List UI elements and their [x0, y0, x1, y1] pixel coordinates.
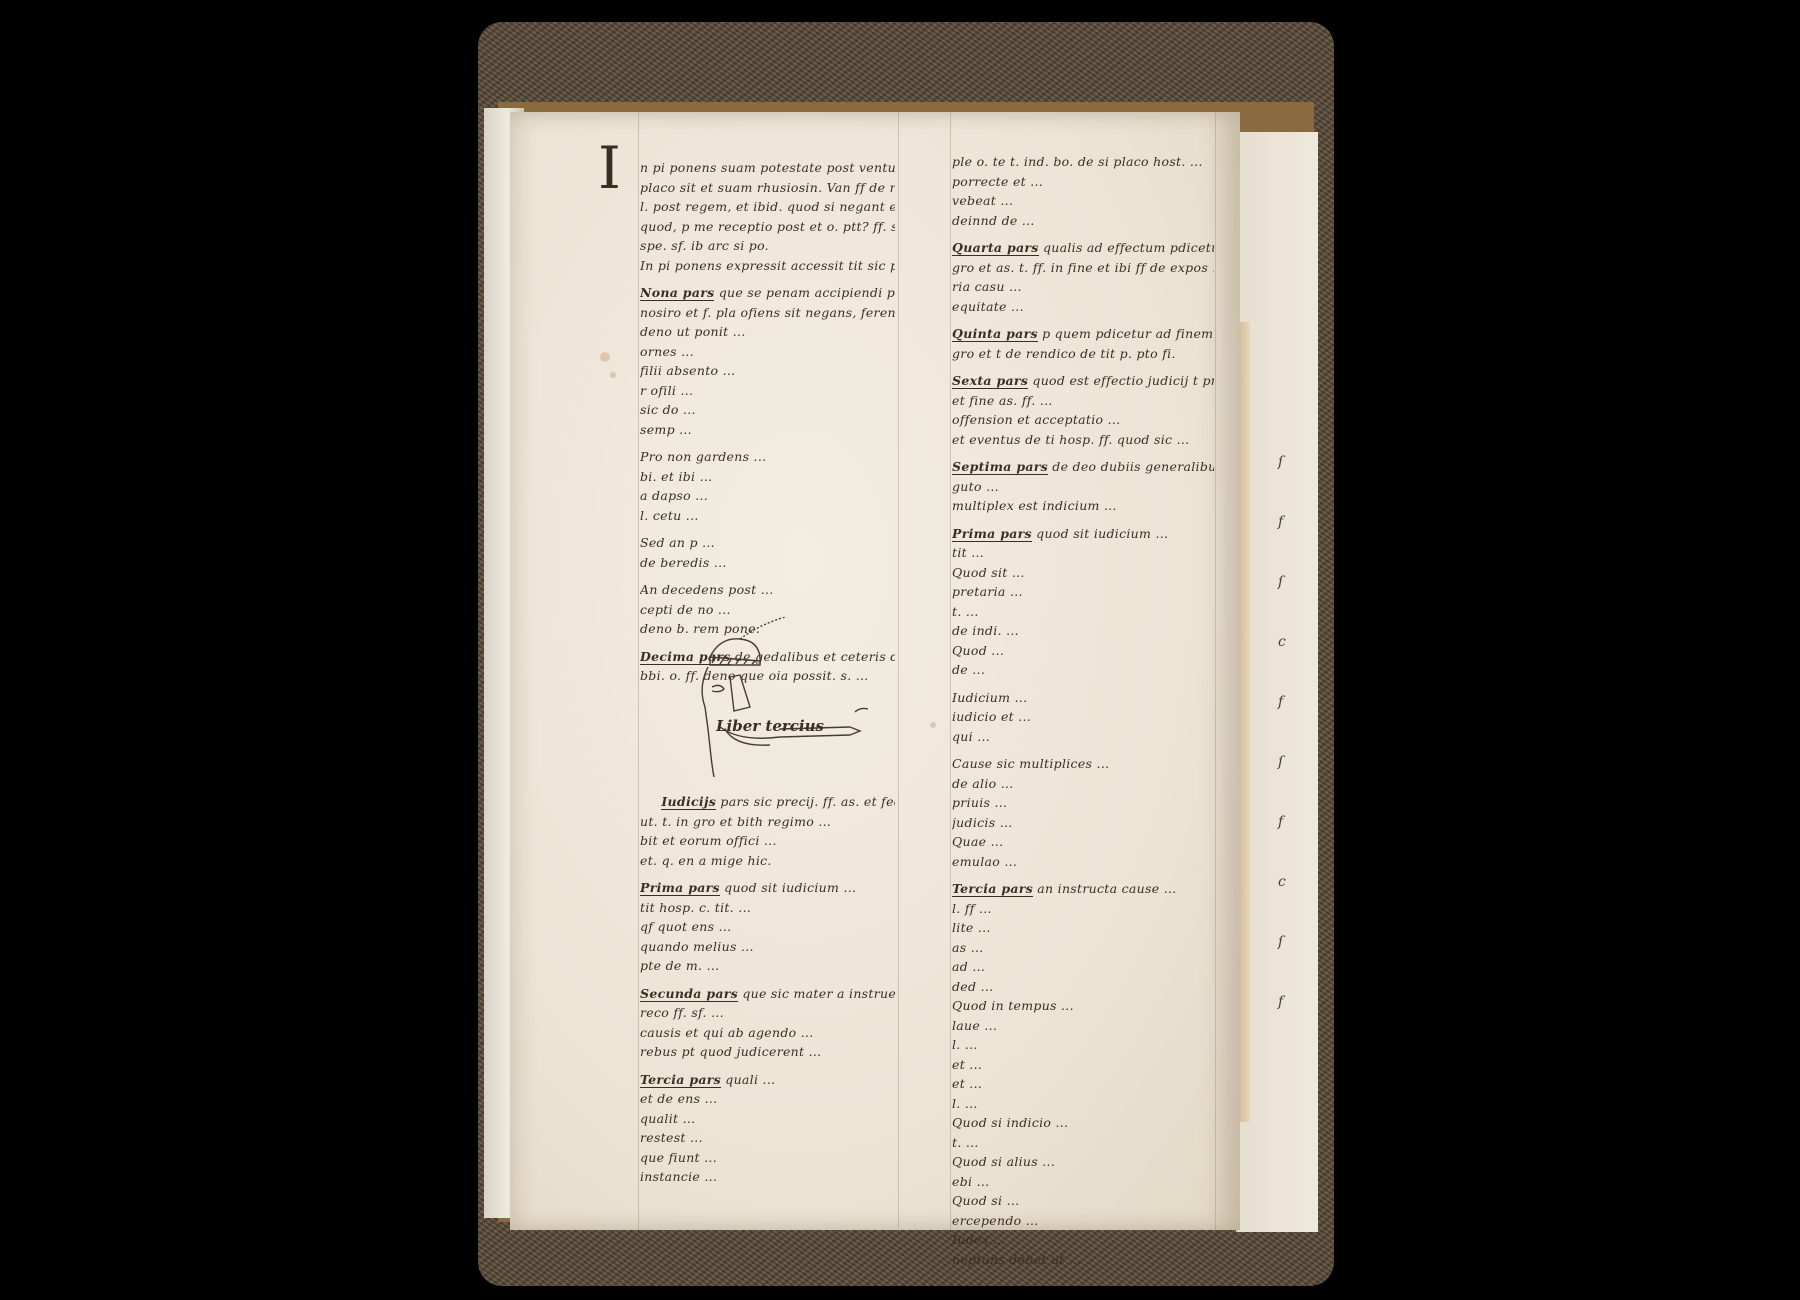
section-heading: Secunda pars: [640, 986, 738, 1002]
paragraph: Tercia pars quali ... et de ens ... qual…: [640, 1070, 895, 1187]
section-heading: Sexta pars: [952, 373, 1028, 389]
paragraph: Quarta pars qualis ad effectum pdicetur …: [952, 238, 1214, 316]
paragraph: Prima pars quod sit iudicium ... tit ...…: [952, 524, 1214, 680]
paragraph: Cause sic multiplices ... de alio ... pr…: [952, 754, 1214, 871]
ruling-line: [638, 112, 639, 1230]
section-heading: Tercia pars: [952, 881, 1033, 897]
paragraph: Iudicijs pars sic precij. ff. as. et fec…: [640, 792, 895, 870]
paragraph: Nona pars que se penam accipiendi pr. b.…: [640, 283, 895, 439]
ruling-line: [950, 112, 951, 1230]
left-column: n pi ponens suam potestate post venturo,…: [640, 158, 895, 694]
book-title-caption: Liber tercius: [716, 717, 824, 735]
section-heading: Quinta pars: [952, 326, 1038, 342]
crowned-head-drawing-icon: [650, 617, 870, 777]
paragraph: Secunda pars que sic mater a instruend i…: [640, 984, 895, 1062]
slide-frame: ſfſcfſfcſf I n pi ponens suam potestate …: [478, 22, 1334, 1286]
paragraph: Septima pars de deo dubiis generalibus .…: [952, 457, 1214, 516]
paragraph: Pro non gardens ... bi. et ibi ... a dap…: [640, 447, 895, 525]
paragraph: Iudicium ... iudicio et ... qui ...: [952, 688, 1214, 747]
manuscript-page: I n pi ponens suam potestate post ventur…: [510, 112, 1240, 1230]
ruling-line: [1215, 112, 1216, 1230]
paragraph: Sexta pars quod est effectio judicij t p…: [952, 371, 1214, 449]
paragraph: Prima pars quod sit iudicium ... tit hos…: [640, 878, 895, 976]
paragraph: Quinta pars p quem pdicetur ad finem as.…: [952, 324, 1214, 363]
stain: [930, 722, 936, 728]
facing-page-marks: ſfſcfſfcſf: [1278, 432, 1286, 1032]
ruling-line: [898, 112, 899, 1230]
section-heading: Septima pars: [952, 459, 1048, 475]
section-heading: Nona pars: [640, 285, 714, 301]
stain: [600, 352, 610, 362]
right-column: ple o. te t. ind. bo. de si placo host. …: [952, 152, 1214, 1277]
paragraph: n pi ponens suam potestate post venturo,…: [640, 158, 895, 275]
paragraph: Tercia pars an instructa cause ... l. ff…: [952, 879, 1214, 1269]
decorated-initial: I: [598, 134, 621, 202]
section-heading: Tercia pars: [640, 1072, 721, 1088]
section-heading: Iudicijs: [661, 794, 716, 810]
section-heading: Quarta pars: [952, 240, 1039, 256]
stain: [610, 372, 616, 378]
paragraph: Sed an p ... de beredis ...: [640, 533, 895, 572]
section-heading: Prima pars: [952, 526, 1032, 542]
paragraph: ple o. te t. ind. bo. de si placo host. …: [952, 152, 1214, 230]
left-column-section-2: Iudicijs pars sic precij. ff. as. et fec…: [640, 792, 895, 1195]
section-heading: Prima pars: [640, 880, 720, 896]
